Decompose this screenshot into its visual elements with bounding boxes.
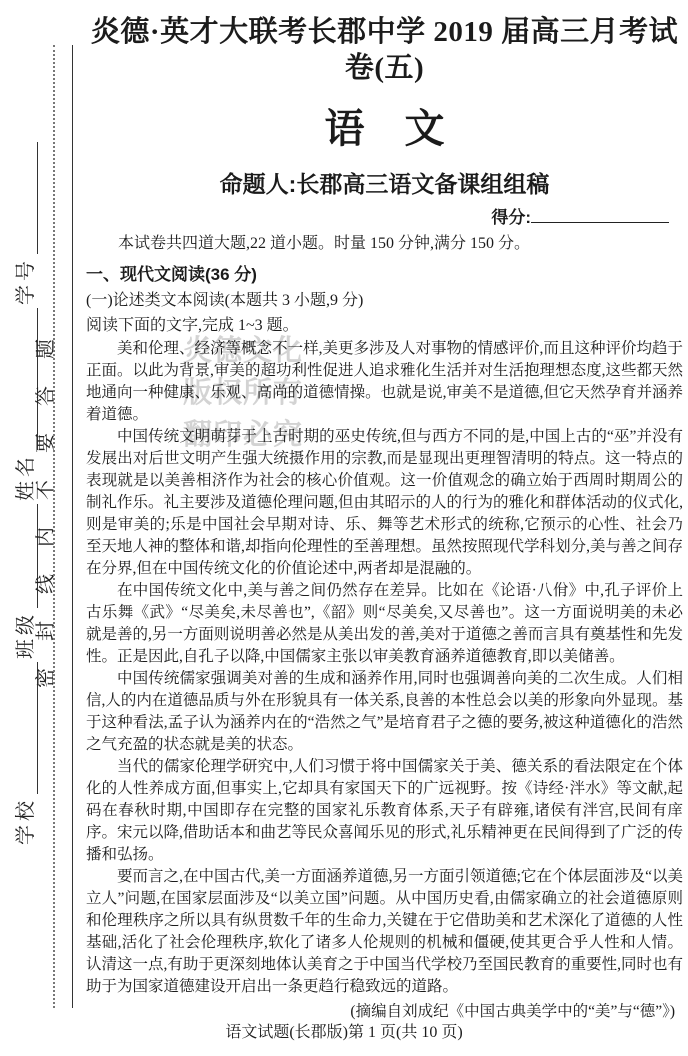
page-footer: 语文试题(长郡版)第 1 页(共 10 页) [0,1019,688,1042]
article-paragraph: 中国传统文明萌芽于上古时期的巫史传统,但与西方不同的是,中国上古的“巫”并没有发… [86,426,683,580]
article-paragraph: 在中国传统文化中,美与善之间仍然存在差异。比如在《论语·八佾》中,孔子评价上古乐… [86,580,683,668]
exam-intro: 本试卷共四道大题,22 道小题。时量 150 分钟,满分 150 分。 [86,232,683,256]
main-content: 炎德·英才大联考长郡中学 2019 届高三月考试卷(五) 语 文 命题人:长郡高… [86,14,683,1024]
article-paragraph: 当代的儒家伦理学研究中,人们习惯于将中国儒家关于美、德关系的看法限定在个体化的人… [86,756,683,866]
seal-dotted-line [53,45,55,1008]
exam-series-title: 炎德·英才大联考长郡中学 2019 届高三月考试卷(五) [86,14,683,86]
score-label: 得分: [491,208,531,227]
article-paragraph: 中国传统儒家强调美对善的生成和涵养作用,同时也强调善向美的二次生成。人们相信,人… [86,668,683,756]
seal-warning-text: 密封线内不要答题 [29,300,55,700]
score-row: 得分: [86,203,683,227]
student-info-label-school: 学校 [14,797,38,845]
fill-in-blank-line [19,142,38,254]
article-paragraph: 美和伦理、经济等概念不一样,美更多涉及人对事物的情感评价,而且这种评价均趋于正面… [86,338,683,426]
proposer-line: 命题人:长郡高三语文备课组组稿 [86,170,683,198]
section-heading: 一、现代文阅读(36 分) [86,262,683,288]
exam-paper-page: 学校班级姓名学号 密封线内不要答题 炎德文化 版权所有 翻印必究 炎德·英才大联… [0,0,688,1056]
subsection-heading: (一)论述类文本阅读(本题共 3 小题,9 分) [86,288,683,313]
article-paragraph: 要而言之,在中国古代,美一方面涵养道德,另一方面引领道德;它在个体层面涉及“以美… [86,866,683,998]
binding-solid-line [72,45,73,1008]
reading-instruction: 阅读下面的文字,完成 1~3 题。 [86,313,683,338]
score-blank-line [531,205,669,223]
student-info-label-student-number: 学号 [14,257,38,305]
subject-title: 语 文 [86,106,683,152]
